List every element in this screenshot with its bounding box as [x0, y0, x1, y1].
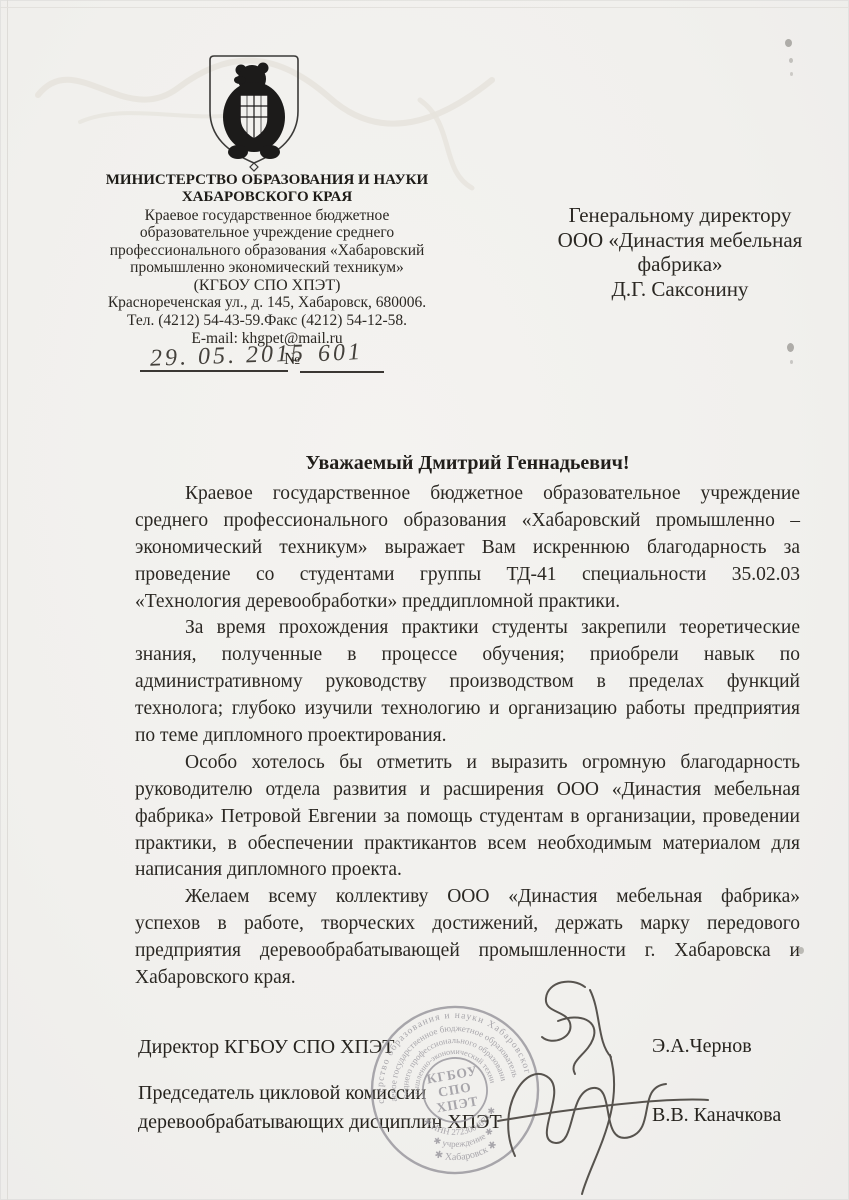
text-line: успехов в работе, творческих достижений,…: [135, 911, 800, 938]
number-sign: №: [284, 349, 300, 369]
scan-speck: [798, 947, 804, 954]
text-line: проведение со студентами группы ТД-41 сп…: [135, 562, 800, 589]
text-line: «Технология деревообработки» преддипломн…: [135, 589, 800, 616]
text-line: образовательное учреждение среднего: [60, 224, 474, 241]
text-line: промышленно экономический техникум»: [60, 259, 474, 276]
scanned-letter-page: МИНИСТЕРСТВО ОБРАЗОВАНИЯ И НАУКИХАБАРОВС…: [0, 0, 849, 1200]
text-line: Генеральному директору: [530, 203, 830, 228]
text-line: руководителю отдела развития и расширени…: [135, 777, 800, 804]
letterhead-ministry: МИНИСТЕРСТВО ОБРАЗОВАНИЯ И НАУКИХАБАРОВС…: [60, 172, 474, 206]
scan-speck: [787, 343, 794, 352]
paper-top-edge: [0, 7, 849, 8]
date-underline: [140, 370, 288, 372]
letterhead-organization: Краевое государственное бюджетноеобразов…: [60, 207, 474, 276]
scan-speck: [785, 39, 792, 47]
text-line: знания, полученные в процессе обучения; …: [135, 642, 800, 669]
text-line: административному руководству производст…: [135, 669, 800, 696]
text-line: по теме дипломного проектирования.: [135, 723, 800, 750]
text-line: технолога; глубоко изучили технологию и …: [135, 696, 800, 723]
coat-of-arms-icon: [200, 53, 308, 173]
chair-signature: [440, 960, 740, 1200]
text-line: экономический техникум» выражает Вам иск…: [135, 535, 800, 562]
paper-left-edge: [7, 0, 8, 1200]
text-line: ХАБАРОВСКОГО КРАЯ: [60, 189, 474, 206]
handwritten-date: 29. 05. 2015: [150, 341, 307, 370]
recipient-block: Генеральному директоруООО «Династия мебе…: [530, 203, 830, 301]
body-paragraph: За время прохождения практики студенты з…: [135, 615, 800, 749]
body-paragraph: Особо хотелось бы отметить и выразить ог…: [135, 750, 800, 884]
letterhead-phone-fax: Тел. (4212) 54-43-59.Факс (4212) 54-12-5…: [60, 312, 474, 330]
salutation: Уважаемый Дмитрий Геннадьевич!: [135, 452, 800, 475]
text-line: Краевое государственное бюджетное образо…: [135, 481, 800, 508]
number-underline: [300, 371, 384, 373]
text-line: профессионального образования «Хабаровск…: [60, 242, 474, 259]
scan-speck: [790, 360, 793, 364]
scan-speck: [789, 58, 793, 63]
text-line: Краевое государственное бюджетное: [60, 207, 474, 224]
text-line: Д.Г. Саксонину: [530, 277, 830, 302]
scan-speck: [790, 72, 793, 76]
text-line: За время прохождения практики студенты з…: [135, 615, 800, 642]
text-line: Особо хотелось бы отметить и выразить ог…: [135, 750, 800, 777]
text-line: написания дипломного проекта.: [135, 857, 800, 884]
letterhead-abbreviation: (КГБОУ СПО ХПЭТ): [60, 277, 474, 294]
letter-body: Краевое государственное бюджетное образо…: [135, 481, 800, 992]
text-line: МИНИСТЕРСТВО ОБРАЗОВАНИЯ И НАУКИ: [60, 172, 474, 189]
text-line: фабрика» Петровой Евгении за помощь студ…: [135, 804, 800, 831]
text-line: Желаем всему коллективу ООО «Династия ме…: [135, 884, 800, 911]
text-line: практики, в обеспечении практикантов все…: [135, 831, 800, 858]
text-line: ООО «Династия мебельная: [530, 228, 830, 253]
text-line: среднего профессионального образования «…: [135, 508, 800, 535]
text-line: фабрика»: [530, 252, 830, 277]
letterhead-address: Краснореченская ул., д. 145, Хабаровск, …: [60, 294, 474, 312]
handwritten-number: 601: [317, 340, 363, 366]
body-paragraph: Краевое государственное бюджетное образо…: [135, 481, 800, 615]
